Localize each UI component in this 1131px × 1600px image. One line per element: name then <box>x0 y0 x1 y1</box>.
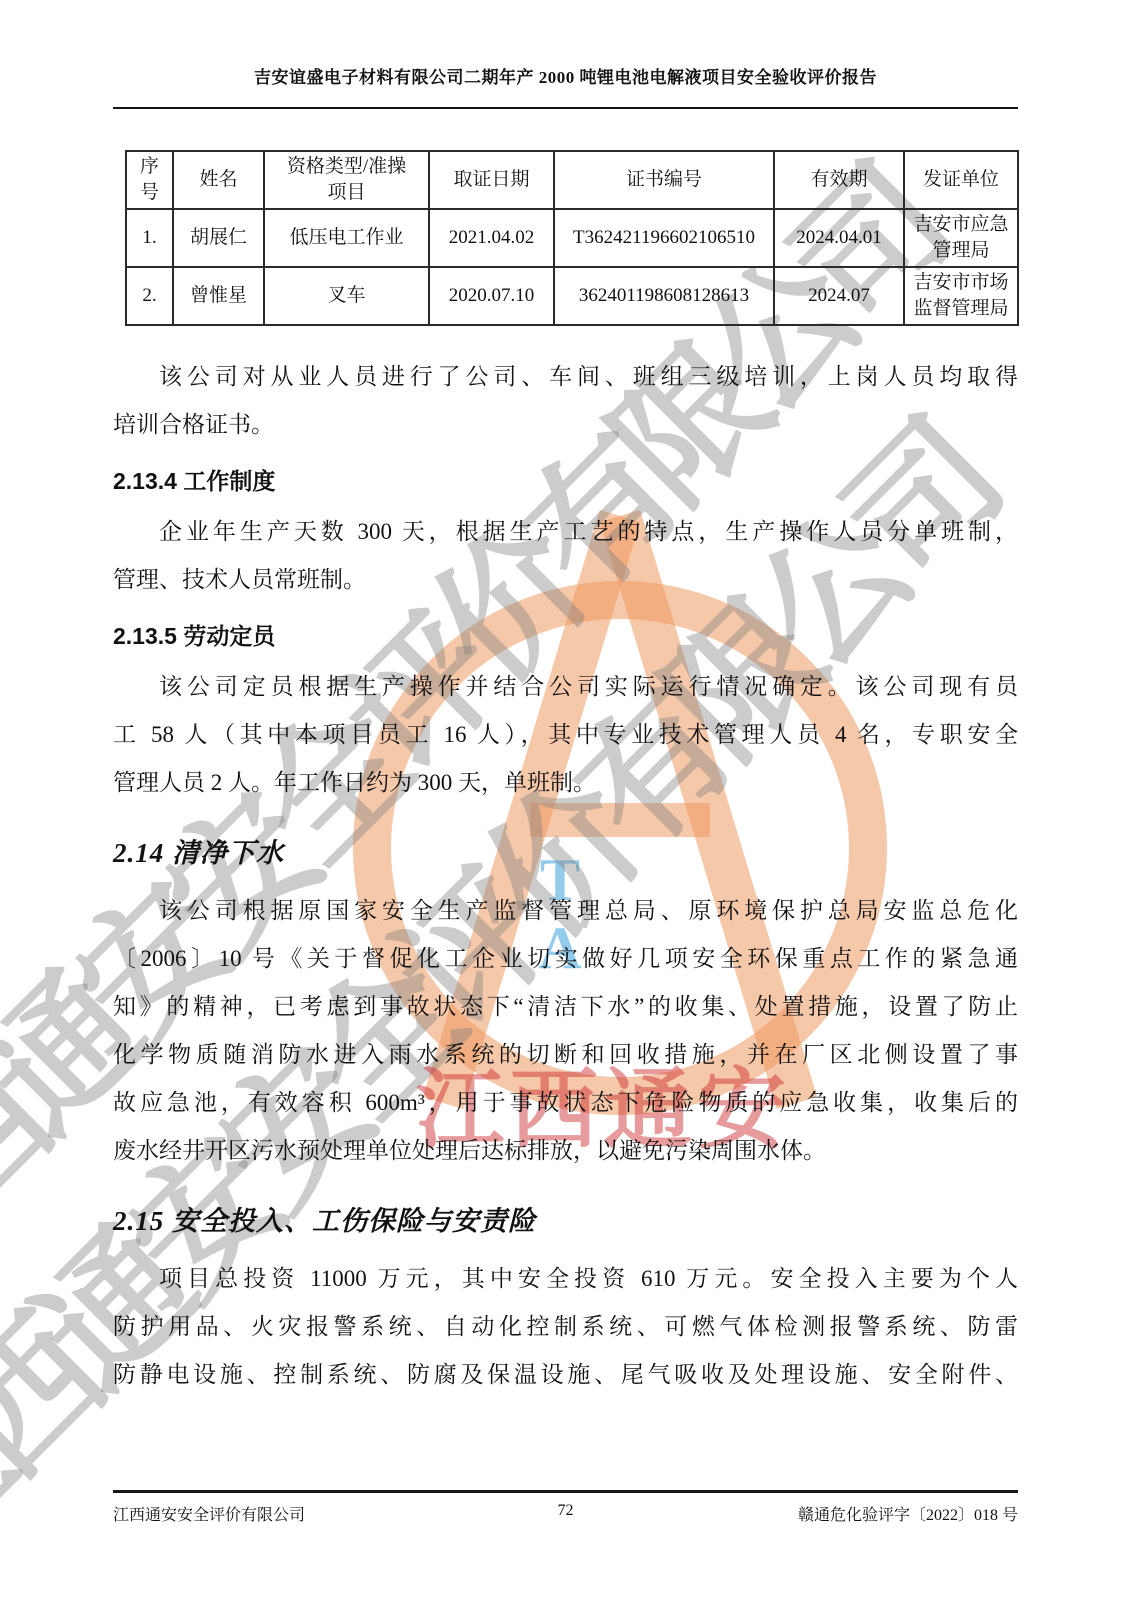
paragraph: 该公司定员根据生产操作并结合公司实际运行情况确定。该公司现有员工 58 人（其中… <box>113 663 1018 807</box>
paragraph-line: 该公司根据原国家安全生产监督管理总局、原环境保护总局安监总危化 <box>113 887 1018 935</box>
table-body: 1.胡展仁低压电工作业2021.04.02T362421196602106510… <box>126 209 1018 325</box>
paragraph-line: 管理、技术人员常班制。 <box>113 556 1018 604</box>
document-page: T A 江西通安安全评价有限公司 江西通安安全评价有限公司 江西通安 吉安谊盛电… <box>0 0 1131 1600</box>
paragraph: 企业年生产天数 300 天，根据生产工艺的特点，生产操作人员分单班制，管理、技术… <box>113 508 1018 604</box>
personnel-cert-table: 序号姓名资格类型/准操项目取证日期证书编号有效期发证单位 1.胡展仁低压电工作业… <box>125 150 1019 326</box>
section-heading: 2.14 清净下水 <box>113 833 1018 873</box>
paragraph-line: 工 58 人（其中本项目员工 16 人），其中专业技术管理人员 4 名，专职安全 <box>113 711 1018 759</box>
table-cell: 2024.04.01 <box>774 209 904 267</box>
table-cell: T362421196602106510 <box>554 209 774 267</box>
paragraph: 该公司对从业人员进行了公司、车间、班组三级培训，上岗人员均取得培训合格证书。 <box>113 353 1018 449</box>
table-cell: 胡展仁 <box>173 209 264 267</box>
table-cell: 低压电工作业 <box>264 209 429 267</box>
table-row: 1.胡展仁低压电工作业2021.04.02T362421196602106510… <box>126 209 1018 267</box>
footer-page-number: 72 <box>415 1502 717 1525</box>
footer-doc-number: 赣通危化验评字〔2022〕018 号 <box>716 1502 1018 1525</box>
paragraph-line: 故应急池，有效容积 600m³，用于事故状态下危险物质的应急收集，收集后的 <box>113 1079 1018 1127</box>
table-cell: 2. <box>126 267 173 325</box>
paragraph-line: 防护用品、火灾报警系统、自动化控制系统、可燃气体检测报警系统、防雷 <box>113 1303 1018 1351</box>
paragraph-line: 该公司定员根据生产操作并结合公司实际运行情况确定。该公司现有员 <box>113 663 1018 711</box>
paragraph-line: 知》的精神，已考虑到事故状态下“清洁下水”的收集、处置措施，设置了防止 <box>113 983 1018 1031</box>
table-header-cell: 有效期 <box>774 151 904 209</box>
table-cell: 362401198608128613 <box>554 267 774 325</box>
table-header-cell: 资格类型/准操项目 <box>264 151 429 209</box>
table-header-row: 序号姓名资格类型/准操项目取证日期证书编号有效期发证单位 <box>126 151 1018 209</box>
paragraph-line: 企业年生产天数 300 天，根据生产工艺的特点，生产操作人员分单班制， <box>113 508 1018 556</box>
table-row: 2.曾惟星叉车2020.07.103624011986081286132024.… <box>126 267 1018 325</box>
page-footer: 江西通安安全评价有限公司 72 赣通危化验评字〔2022〕018 号 <box>113 1490 1018 1525</box>
table-header-cell: 取证日期 <box>429 151 554 209</box>
table-cell: 吉安市市场监督管理局 <box>904 267 1018 325</box>
table-cell: 2021.04.02 <box>429 209 554 267</box>
page-header-title: 吉安谊盛电子材料有限公司二期年产 2000 吨锂电池电解液项目安全验收评价报告 <box>113 64 1018 92</box>
document-content: 吉安谊盛电子材料有限公司二期年产 2000 吨锂电池电解液项目安全验收评价报告 … <box>0 0 1131 1600</box>
document-body: 该公司对从业人员进行了公司、车间、班组三级培训，上岗人员均取得培训合格证书。2.… <box>113 353 1018 1399</box>
table-cell: 曾惟星 <box>173 267 264 325</box>
paragraph-line: 废水经井开区污水预处理单位处理后达标排放，以避免污染周围水体。 <box>113 1127 1018 1175</box>
footer-company: 江西通安安全评价有限公司 <box>113 1502 415 1525</box>
paragraph-line: 项目总投资 11000 万元，其中安全投资 610 万元。安全投入主要为个人 <box>113 1255 1018 1303</box>
table-cell: 2024.07 <box>774 267 904 325</box>
table-head: 序号姓名资格类型/准操项目取证日期证书编号有效期发证单位 <box>126 151 1018 209</box>
header-rule <box>113 107 1018 109</box>
table-cell: 叉车 <box>264 267 429 325</box>
paragraph: 该公司根据原国家安全生产监督管理总局、原环境保护总局安监总危化〔2006〕10 … <box>113 887 1018 1175</box>
table-header-cell: 序号 <box>126 151 173 209</box>
table-header-cell: 证书编号 <box>554 151 774 209</box>
table-cell: 1. <box>126 209 173 267</box>
section-heading: 2.15 安全投入、工伤保险与安责险 <box>113 1201 1018 1241</box>
paragraph: 项目总投资 11000 万元，其中安全投资 610 万元。安全投入主要为个人防护… <box>113 1255 1018 1399</box>
table-cell: 吉安市应急管理局 <box>904 209 1018 267</box>
table-cell: 2020.07.10 <box>429 267 554 325</box>
section-heading: 2.13.4 工作制度 <box>113 464 1018 498</box>
paragraph-line: 〔2006〕10 号《关于督促化工企业切实做好几项安全环保重点工作的紧急通 <box>113 935 1018 983</box>
paragraph-line: 防静电设施、控制系统、防腐及保温设施、尾气吸收及处理设施、安全附件、 <box>113 1351 1018 1399</box>
table-header-cell: 发证单位 <box>904 151 1018 209</box>
paragraph-line: 培训合格证书。 <box>113 401 1018 449</box>
section-heading: 2.13.5 劳动定员 <box>113 619 1018 653</box>
table-header-cell: 姓名 <box>173 151 264 209</box>
paragraph-line: 管理人员 2 人。年工作日约为 300 天，单班制。 <box>113 759 1018 807</box>
paragraph-line: 该公司对从业人员进行了公司、车间、班组三级培训，上岗人员均取得 <box>113 353 1018 401</box>
paragraph-line: 化学物质随消防水进入雨水系统的切断和回收措施，并在厂区北侧设置了事 <box>113 1031 1018 1079</box>
